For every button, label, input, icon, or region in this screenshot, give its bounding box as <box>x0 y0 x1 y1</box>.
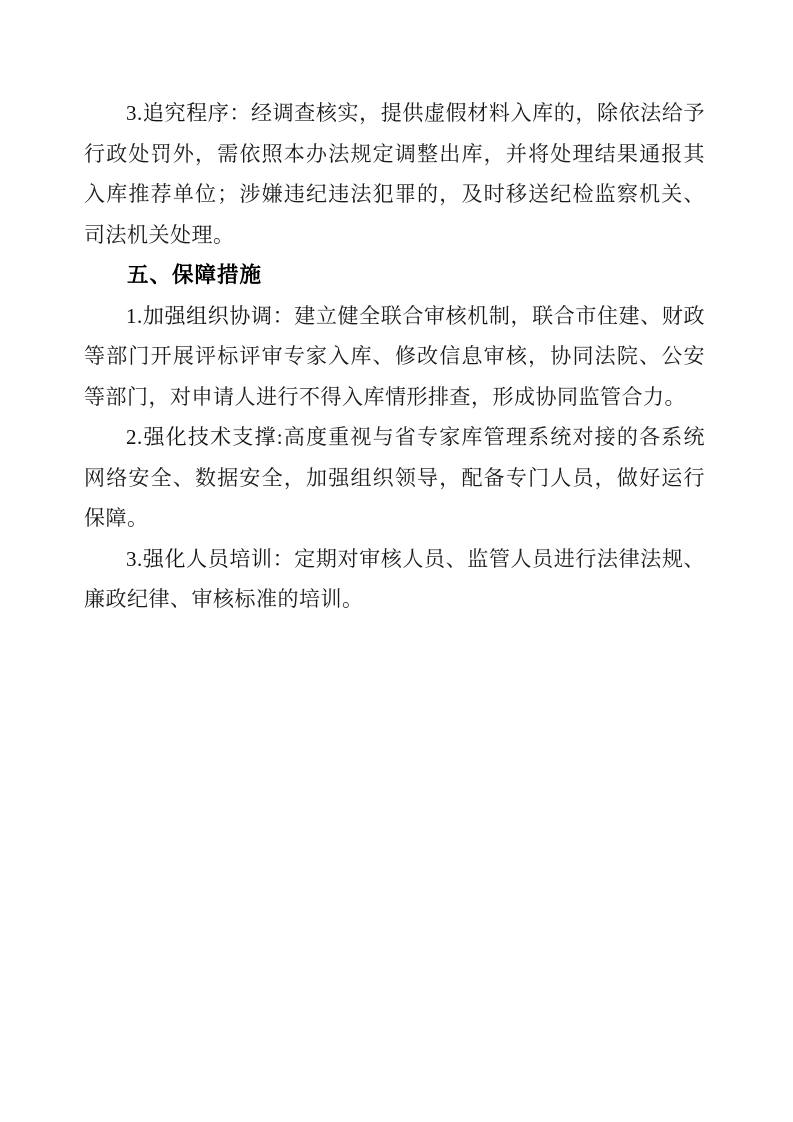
section-paragraph-2: 2.强化技术支撑:高度重视与省专家库管理系统对接的各系统网络安全、数据安全，加强… <box>84 417 705 539</box>
section-paragraph-3-lead: 3.强化人员培训： <box>126 547 294 571</box>
document-content: 3.追究程序：经调查核实，提供虚假材料入库的，除依法给予行政处罚外，需依照本办法… <box>84 93 705 620</box>
intro-paragraph-lead: 3.追究程序： <box>126 101 251 125</box>
section-paragraph-2-lead: 2.强化技术支撑: <box>126 425 283 449</box>
section-paragraph-1: 1.加强组织协调：建立健全联合审核机制，联合市住建、财政等部门开展评标评审专家入… <box>84 296 705 418</box>
intro-paragraph: 3.追究程序：经调查核实，提供虚假材料入库的，除依法给予行政处罚外，需依照本办法… <box>84 93 705 255</box>
section-heading: 五、保障措施 <box>84 255 705 296</box>
section-paragraph-1-lead: 1.加强组织协调： <box>126 304 294 328</box>
document-page: 3.追究程序：经调查核实，提供虚假材料入库的，除依法给予行政处罚外，需依照本办法… <box>0 0 793 1122</box>
section-paragraph-3: 3.强化人员培训：定期对审核人员、监管人员进行法律法规、廉政纪律、审核标准的培训… <box>84 539 705 620</box>
